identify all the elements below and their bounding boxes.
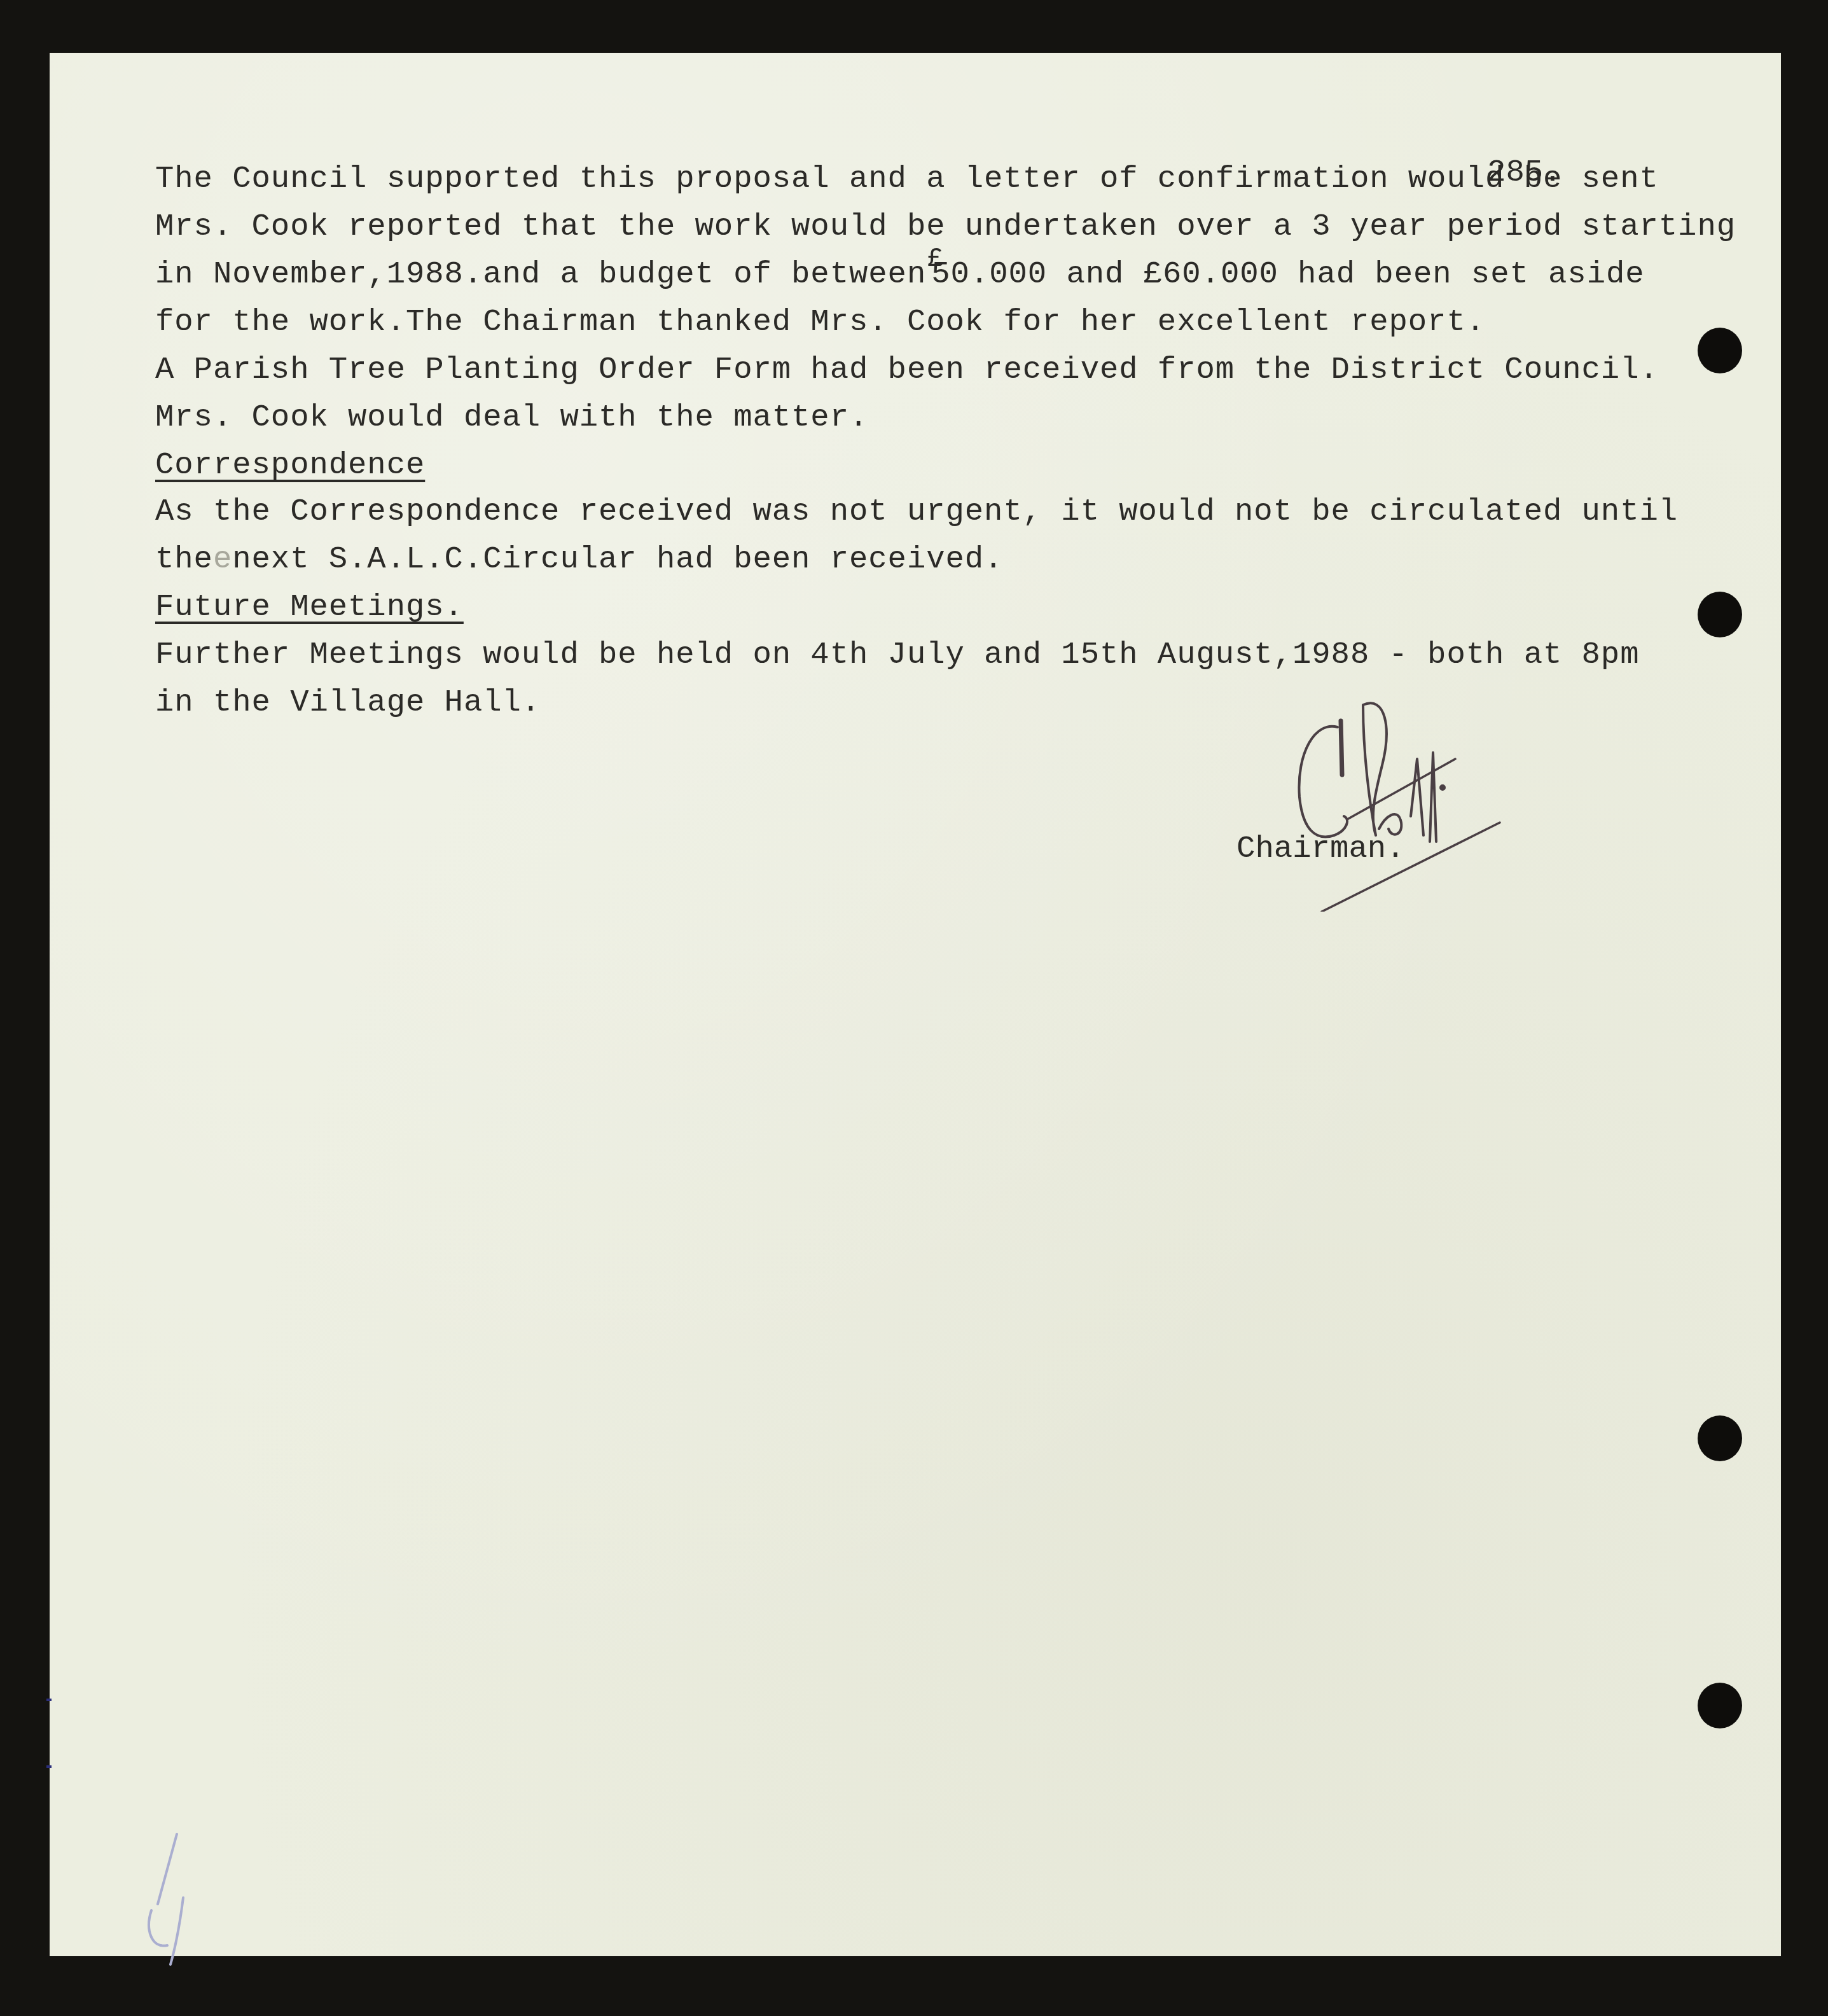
overstruck-word: the (155, 541, 213, 577)
text-line: The Council supported this proposal and … (155, 161, 1659, 197)
text-after-overstrike: next S.A.L.C.Circular had been received. (232, 541, 1003, 577)
text-line: Mrs. Cook would deal with the matter. (155, 400, 868, 435)
pencil-annotation-icon (107, 1821, 202, 1974)
section-heading-correspondence: Correspondence (155, 447, 425, 483)
document-page: 285. The Council supported this proposal… (50, 53, 1781, 1956)
punch-hole (1698, 328, 1742, 373)
punch-hole (1698, 592, 1742, 637)
pound-superscript: £ (927, 244, 944, 274)
signature-icon (1239, 657, 1532, 912)
text-line-budget: in November,1988.and a budget of between… (155, 256, 1645, 292)
punch-hole (1698, 1683, 1742, 1728)
margin-tick-mark (46, 1765, 52, 1768)
margin-tick-mark (46, 1699, 52, 1701)
section-heading-future-meetings: Future Meetings. (155, 589, 464, 625)
budget-text-after: 50.000 and £60.000 had been set aside (931, 256, 1644, 292)
budget-text-before: in November,1988.and a budget of between (155, 256, 926, 292)
text-line: A Parish Tree Planting Order Form had be… (155, 352, 1659, 387)
text-line-overstrike: theenext S.A.L.C.Circular had been recei… (155, 541, 1003, 577)
text-line: for the work.The Chairman thanked Mrs. C… (155, 304, 1485, 340)
text-line: Mrs. Cook reported that the work would b… (155, 209, 1736, 244)
punch-hole (1698, 1415, 1742, 1461)
signature-title: Chairman. (1236, 831, 1405, 866)
text-line: in the Village Hall. (155, 685, 541, 720)
text-line: As the Correspondence received was not u… (155, 494, 1678, 529)
faint-character: e (213, 541, 232, 577)
